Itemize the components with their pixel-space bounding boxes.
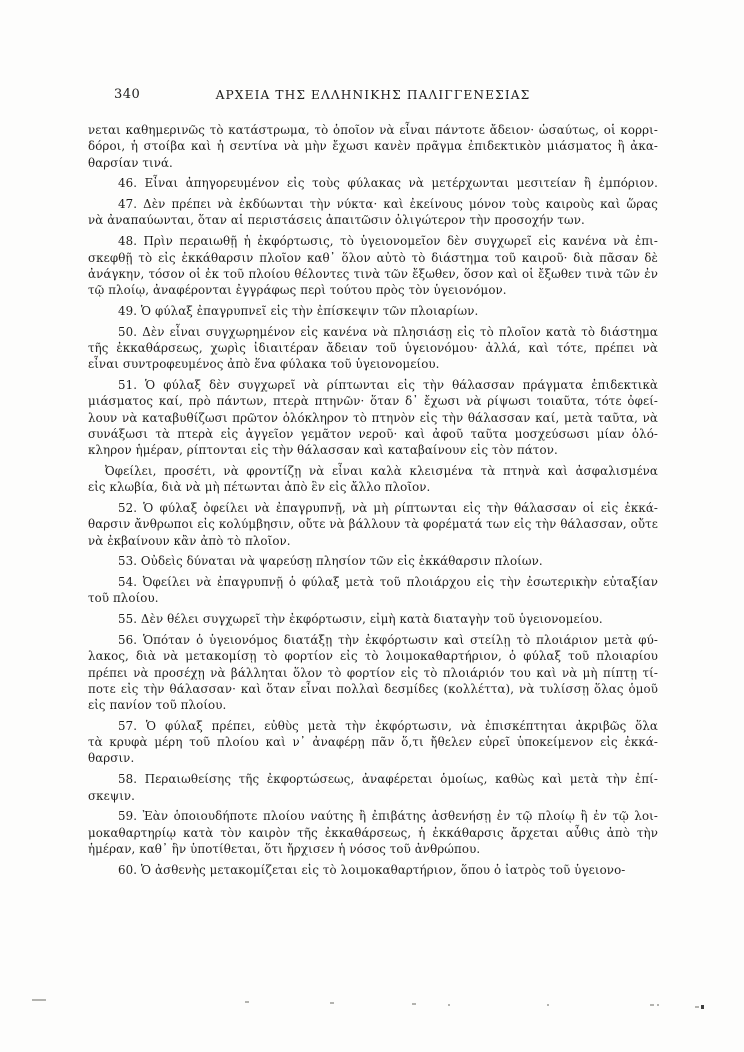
scan-artifact [650, 1004, 654, 1006]
scan-artifact [701, 1005, 704, 1009]
paragraph: 54. Ὀφείλει νὰ ἐπαγρυπνῇ ὁ φύλαξ μετὰ το… [88, 570, 658, 607]
text-line: 48. Πρὶν περαιωθῇ ἡ ἐκφόρτωσις, τὸ ὑγειο… [88, 233, 658, 249]
text-line: κληρον ἡμέραν, ρίπτονται εἰς τὴν θάλασσα… [88, 442, 658, 458]
scan-artifact [448, 1004, 450, 1006]
paragraph: 50. Δὲν εἶναι συγχωρημένον εἰς κανένα νὰ… [88, 319, 658, 372]
text-block: νεται καθημερινῶς τὸ κατάστρωμα, τὸ ὁποῖ… [88, 122, 658, 878]
scan-artifact [245, 1001, 249, 1003]
text-line: τῷ πλοίῳ, ἀναφέρονται ἐγγράφως περὶ τούτ… [88, 282, 658, 298]
scan-artifact [657, 1004, 659, 1006]
text-line: ἡμέραν, καθ᾽ ἣν ὑποτίθεται, ὅτι ἤρχισεν … [88, 841, 658, 857]
text-line: μοκαθαρτηρίῳ κατὰ τὸν καιρὸν τῆς ἐκκαθάρ… [88, 825, 658, 841]
text-line: 47. Δὲν πρέπει νὰ ἐκδύωνται τὴν νύκτα· κ… [88, 196, 658, 212]
text-line: 53. Οὐδεὶς δύναται νὰ ψαρεύσῃ πλησίον τῶ… [88, 553, 658, 569]
text-line: εἰς πανίον τοῦ πλοίου. [88, 697, 658, 713]
paragraph: 58. Περαιωθείσης τῆς ἐκφορτώσεως, ἀναφέρ… [88, 767, 658, 804]
paragraph: 60. Ὁ ἀσθενὴς μετακομίζεται εἰς τὸ λοιμο… [88, 857, 658, 878]
text-line: νὰ ἐκβαίνουν κἂν ἀπὸ τὸ πλοῖον. [88, 533, 658, 549]
text-line: σκεψιν. [88, 788, 658, 804]
paragraph: 48. Πρὶν περαιωθῇ ἡ ἐκφόρτωσις, τὸ ὑγειο… [88, 229, 658, 299]
text-line: ἀνάγκην, τόσον οἱ ἐκ τοῦ πλοίου θέλοντες… [88, 266, 658, 282]
text-line: 51. Ὁ φύλαξ δὲν συγχωρεῖ νὰ ρίπτωνται εἰ… [88, 377, 658, 393]
text-line: δόροι, ἡ στοίβα καὶ ἡ σεντίνα νὰ μὴν ἔχω… [88, 138, 658, 154]
text-line: 46. Εἶναι ἀπηγορευμένον εἰς τοὺς φύλακας… [88, 175, 658, 191]
text-line: 55. Δὲν θέλει συγχωρεῖ τὴν ἐκφόρτωσιν, ε… [88, 611, 658, 627]
scan-artifact [695, 1006, 699, 1008]
text-line: εἰς κλωβία, διὰ νὰ μὴ πέτωνται ἀπὸ ἓν εἰ… [88, 479, 658, 495]
text-line: 52. Ὁ φύλαξ ὀφείλει νὰ ἐπαγρυπνῇ, νὰ μὴ … [88, 500, 658, 516]
text-line: νεται καθημερινῶς τὸ κατάστρωμα, τὸ ὁποῖ… [88, 122, 658, 138]
text-line: Ὀφείλει, προσέτι, νὰ φροντίζῃ νὰ εἶναι κ… [88, 463, 658, 479]
text-line: νὰ ἀναπαύωνται, ὅταν αἱ περιστάσεις ἀπαι… [88, 212, 658, 228]
scanned-book-page: 340 ΑΡΧΕΙΑ ΤΗΣ ΕΛΛΗΝΙΚΗΣ ΠΑΛΙΓΓΕΝΕΣΙΑΣ ν… [0, 0, 744, 1052]
text-line: πρέπει νὰ προσέχῃ νὰ βάλληται ὅλον τὸ φο… [88, 665, 658, 681]
text-line: λουν νὰ καταβυθίζωσι πρῶτον ὁλόκληρον τὸ… [88, 410, 658, 426]
paragraph: νεται καθημερινῶς τὸ κατάστρωμα, τὸ ὁποῖ… [88, 122, 658, 171]
paragraph: 52. Ὁ φύλαξ ὀφείλει νὰ ἐπαγρυπνῇ, νὰ μὴ … [88, 495, 658, 548]
text-line: 50. Δὲν εἶναι συγχωρημένον εἰς κανένα νὰ… [88, 324, 658, 340]
text-line: 58. Περαιωθείσης τῆς ἐκφορτώσεως, ἀναφέρ… [88, 771, 658, 787]
scan-artifact [547, 1004, 549, 1006]
text-line: 59. Ἐὰν ὁποιουδήποτε πλοίου ναύτης ἢ ἐπι… [88, 808, 658, 824]
text-line: θαρσίαν τινά. [88, 155, 658, 171]
running-title: ΑΡΧΕΙΑ ΤΗΣ ΕΛΛΗΝΙΚΗΣ ΠΑΛΙΓΓΕΝΕΣΙΑΣ [88, 88, 658, 102]
text-line: 60. Ὁ ἀσθενὴς μετακομίζεται εἰς τὸ λοιμο… [88, 862, 658, 878]
paragraph: 47. Δὲν πρέπει νὰ ἐκδύωνται τὴν νύκτα· κ… [88, 192, 658, 229]
text-line: 56. Ὁπόταν ὁ ὑγειονόμος διατάξῃ τὴν ἐκφό… [88, 632, 658, 648]
text-line: τῆς ἐκκαθάρσεως, χωρὶς ἰδιαιτέραν ἄδειαν… [88, 340, 658, 356]
paragraph: 46. Εἶναι ἀπηγορευμένον εἰς τοὺς φύλακας… [88, 171, 658, 192]
text-line: θαρσιν ἄνθρωποι εἰς κολύμβησιν, οὔτε νὰ … [88, 516, 658, 532]
text-line: τὰ κρυφὰ μέρη τοῦ πλοίου καὶ ν᾽ ἀναφέρῃ … [88, 734, 658, 750]
text-line: ποτε εἰς τὴν θάλασσαν· καὶ ὅταν εἶναι πο… [88, 681, 658, 697]
text-line: συνάξωσι τὰ πτερὰ εἰς ἀγγεῖον γεμᾶτον νε… [88, 426, 658, 442]
text-line: 49. Ὁ φύλαξ ἐπαγρυπνεῖ εἰς τὴν ἐπίσκεψιν… [88, 303, 658, 319]
text-line: θαρσιν. [88, 750, 658, 766]
scan-artifact [330, 1002, 334, 1004]
paragraph: 56. Ὁπόταν ὁ ὑγειονόμος διατάξῃ τὴν ἐκφό… [88, 628, 658, 714]
paragraph: 59. Ἐὰν ὁποιουδήποτε πλοίου ναύτης ἢ ἐπι… [88, 804, 658, 857]
paragraph: 55. Δὲν θέλει συγχωρεῖ τὴν ἐκφόρτωσιν, ε… [88, 607, 658, 628]
paragraph: 49. Ὁ φύλαξ ἐπαγρυπνεῖ εἰς τὴν ἐπίσκεψιν… [88, 298, 658, 319]
text-line: λακος, διὰ νὰ μετακομίσῃ τὸ φορτίον εἰς … [88, 648, 658, 664]
text-line: 54. Ὀφείλει νὰ ἐπαγρυπνῇ ὁ φύλαξ μετὰ το… [88, 574, 658, 590]
text-line: εἶναι συντροφευμένος ἀπὸ ἕνα φύλακα τοῦ … [88, 356, 658, 372]
paragraph: 57. Ὁ φύλαξ πρέπει, εὐθὺς μετὰ τὴν ἐκφόρ… [88, 713, 658, 766]
text-line: τοῦ πλοίου. [88, 590, 658, 606]
scan-artifact [412, 1003, 416, 1005]
text-line: μιάσματος καί, πρὸ πάντων, πτερὰ πτηνῶν·… [88, 393, 658, 409]
text-line: 57. Ὁ φύλαξ πρέπει, εὐθὺς μετὰ τὴν ἐκφόρ… [88, 718, 658, 734]
paragraph: Ὀφείλει, προσέτι, νὰ φροντίζῃ νὰ εἶναι κ… [88, 458, 658, 495]
paragraph: 53. Οὐδεὶς δύναται νὰ ψαρεύσῃ πλησίον τῶ… [88, 549, 658, 570]
scan-artifact [32, 999, 46, 1001]
paragraph: 51. Ὁ φύλαξ δὲν συγχωρεῖ νὰ ρίπτωνται εἰ… [88, 372, 658, 458]
page-header: 340 ΑΡΧΕΙΑ ΤΗΣ ΕΛΛΗΝΙΚΗΣ ΠΑΛΙΓΓΕΝΕΣΙΑΣ [88, 87, 658, 105]
text-line: σκεφθῇ τὸ εἰς ἐκκάθαρσιν πλοῖον καθ᾽ ὅλο… [88, 250, 658, 266]
